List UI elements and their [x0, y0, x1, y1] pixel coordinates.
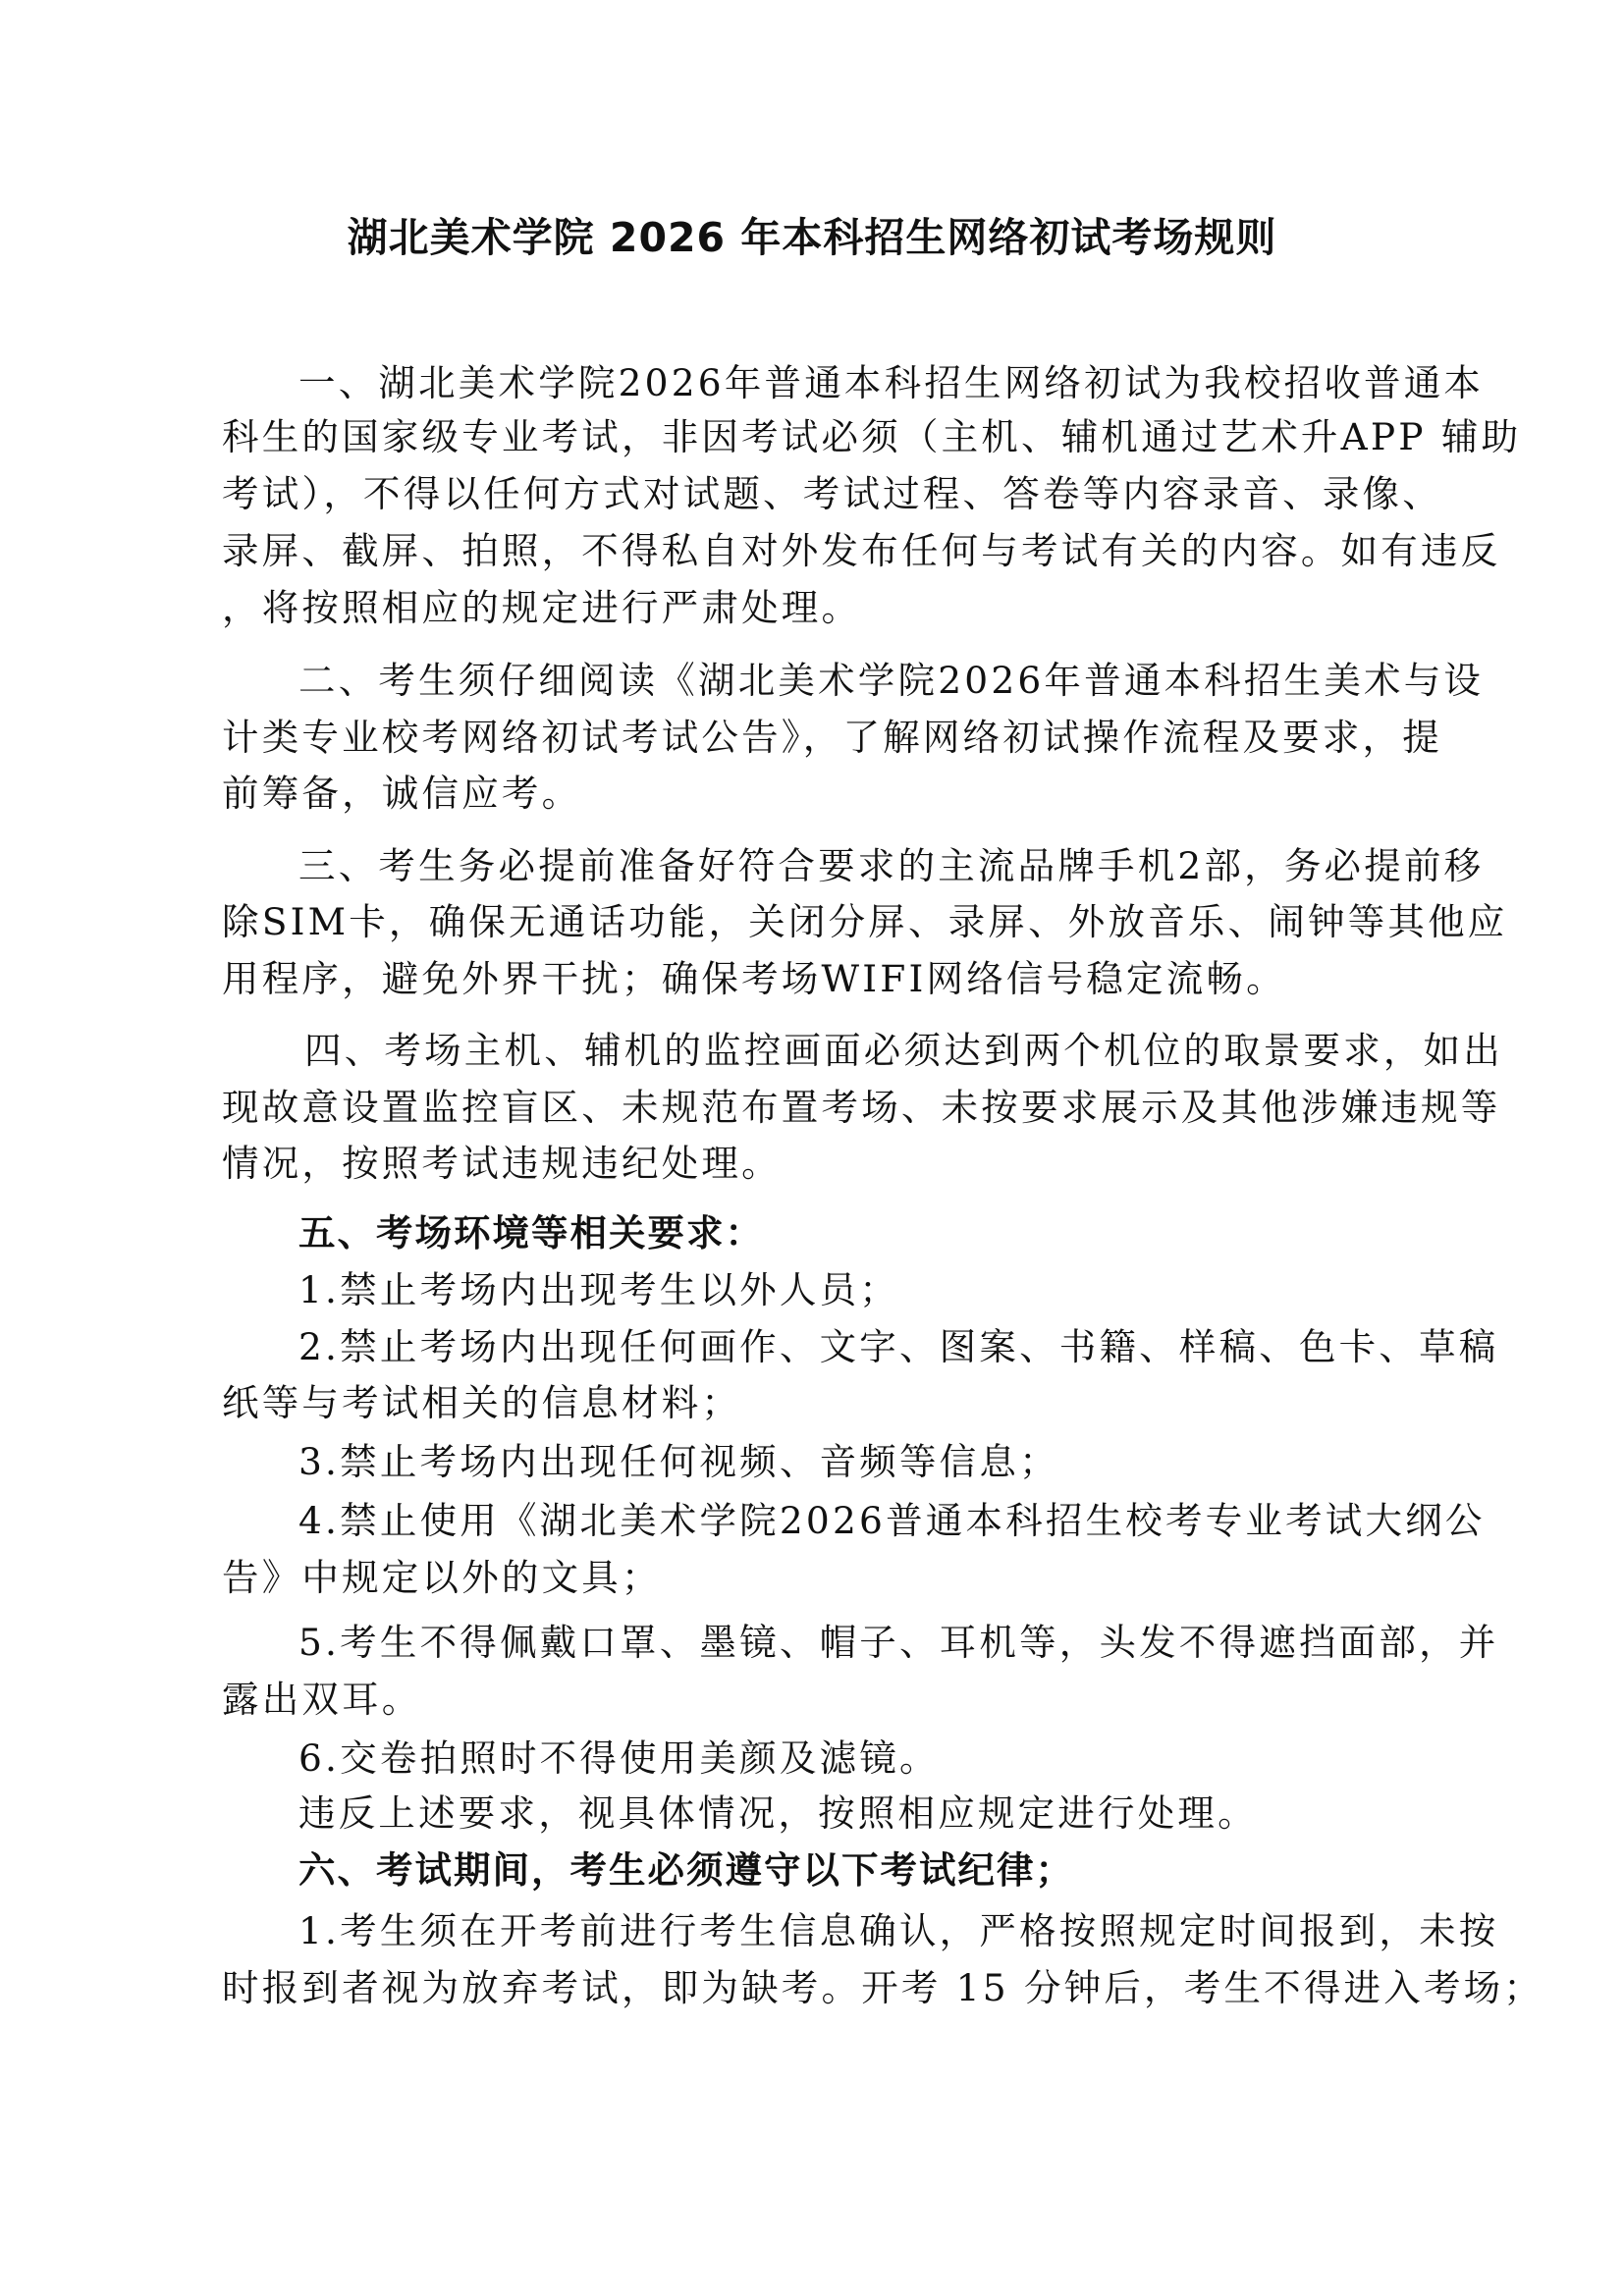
body-text-line: 6.交卷拍照时不得使用美颜及滤镜。: [298, 1734, 1506, 1783]
body-text-line: 三、考生务必提前准备好符合要求的主流品牌手机2部，务必提前移: [298, 841, 1506, 890]
body-text-line: 时报到者视为放弃考试，即为缺考。开考 15 分钟后，考生不得进入考场；: [222, 1963, 1430, 2012]
body-text-line: 用程序，避免外界干扰；确保考场WIFI网络信号稳定流畅。: [222, 954, 1430, 1003]
body-text-line: 现故意设置监控盲区、未规范布置考场、未按要求展示及其他涉嫌违规等: [222, 1083, 1430, 1132]
body-text-line: 2.禁止考场内出现任何画作、文字、图案、书籍、样稿、色卡、草稿: [298, 1322, 1506, 1371]
body-text-line: 3.禁止考场内出现任何视频、音频等信息；: [298, 1437, 1506, 1486]
body-text-line: 告》中规定以外的文具；: [222, 1553, 1430, 1602]
body-text-line: 二、考生须仔细阅读《湖北美术学院2026年普通本科招生美术与设: [298, 656, 1506, 705]
body-text-line: 考试），不得以任何方式对试题、考试过程、答卷等内容录音、录像、: [222, 469, 1430, 518]
body-text-line: 科生的国家级专业考试，非因考试必须（主机、辅机通过艺术升APP 辅助: [222, 412, 1430, 461]
body-text-line: 除SIM卡，确保无通话功能，关闭分屏、录屏、外放音乐、闹钟等其他应: [222, 897, 1430, 946]
body-text-line: 计类专业校考网络初试考试公告》，了解网络初试操作流程及要求，提: [222, 713, 1430, 762]
body-text-line: 纸等与考试相关的信息材料；: [222, 1378, 1430, 1427]
body-text-line: 5.考生不得佩戴口罩、墨镜、帽子、耳机等，头发不得遮挡面部，并: [298, 1618, 1506, 1667]
body-text-line: 四、考场主机、辅机的监控画面必须达到两个机位的取景要求，如出: [304, 1026, 1512, 1075]
body-text-line: ，将按照相应的规定进行严肃处理。: [222, 583, 1430, 632]
body-text-line: 情况，按照考试违规违纪处理。: [222, 1139, 1430, 1188]
body-text-line: 1.考生须在开考前进行考生信息确认，严格按照规定时间报到，未按: [298, 1906, 1506, 1955]
body-text-line: 4.禁止使用《湖北美术学院2026普通本科招生校考专业考试大纲公: [298, 1496, 1506, 1545]
body-text-line: 露出双耳。: [222, 1675, 1430, 1724]
section-heading: 六、考试期间，考生必须遵守以下考试纪律；: [298, 1845, 1506, 1895]
body-text-line: 前筹备，诚信应考。: [222, 769, 1430, 818]
body-text-line: 一、湖北美术学院2026年普通本科招生网络初试为我校招收普通本: [298, 358, 1506, 407]
body-text-line: 1.禁止考场内出现考生以外人员；: [298, 1265, 1506, 1314]
body-text-line: 违反上述要求，视具体情况，按照相应规定进行处理。: [298, 1789, 1506, 1838]
document-page: 湖北美术学院 2026 年本科招生网络初试考场规则 一、湖北美术学院2026年普…: [0, 0, 1624, 2296]
document-title: 湖北美术学院 2026 年本科招生网络初试考场规则: [0, 210, 1624, 265]
body-text-line: 录屏、截屏、拍照，不得私自对外发布任何与考试有关的内容。如有违反: [222, 526, 1430, 575]
section-heading: 五、考场环境等相关要求：: [298, 1208, 1506, 1257]
